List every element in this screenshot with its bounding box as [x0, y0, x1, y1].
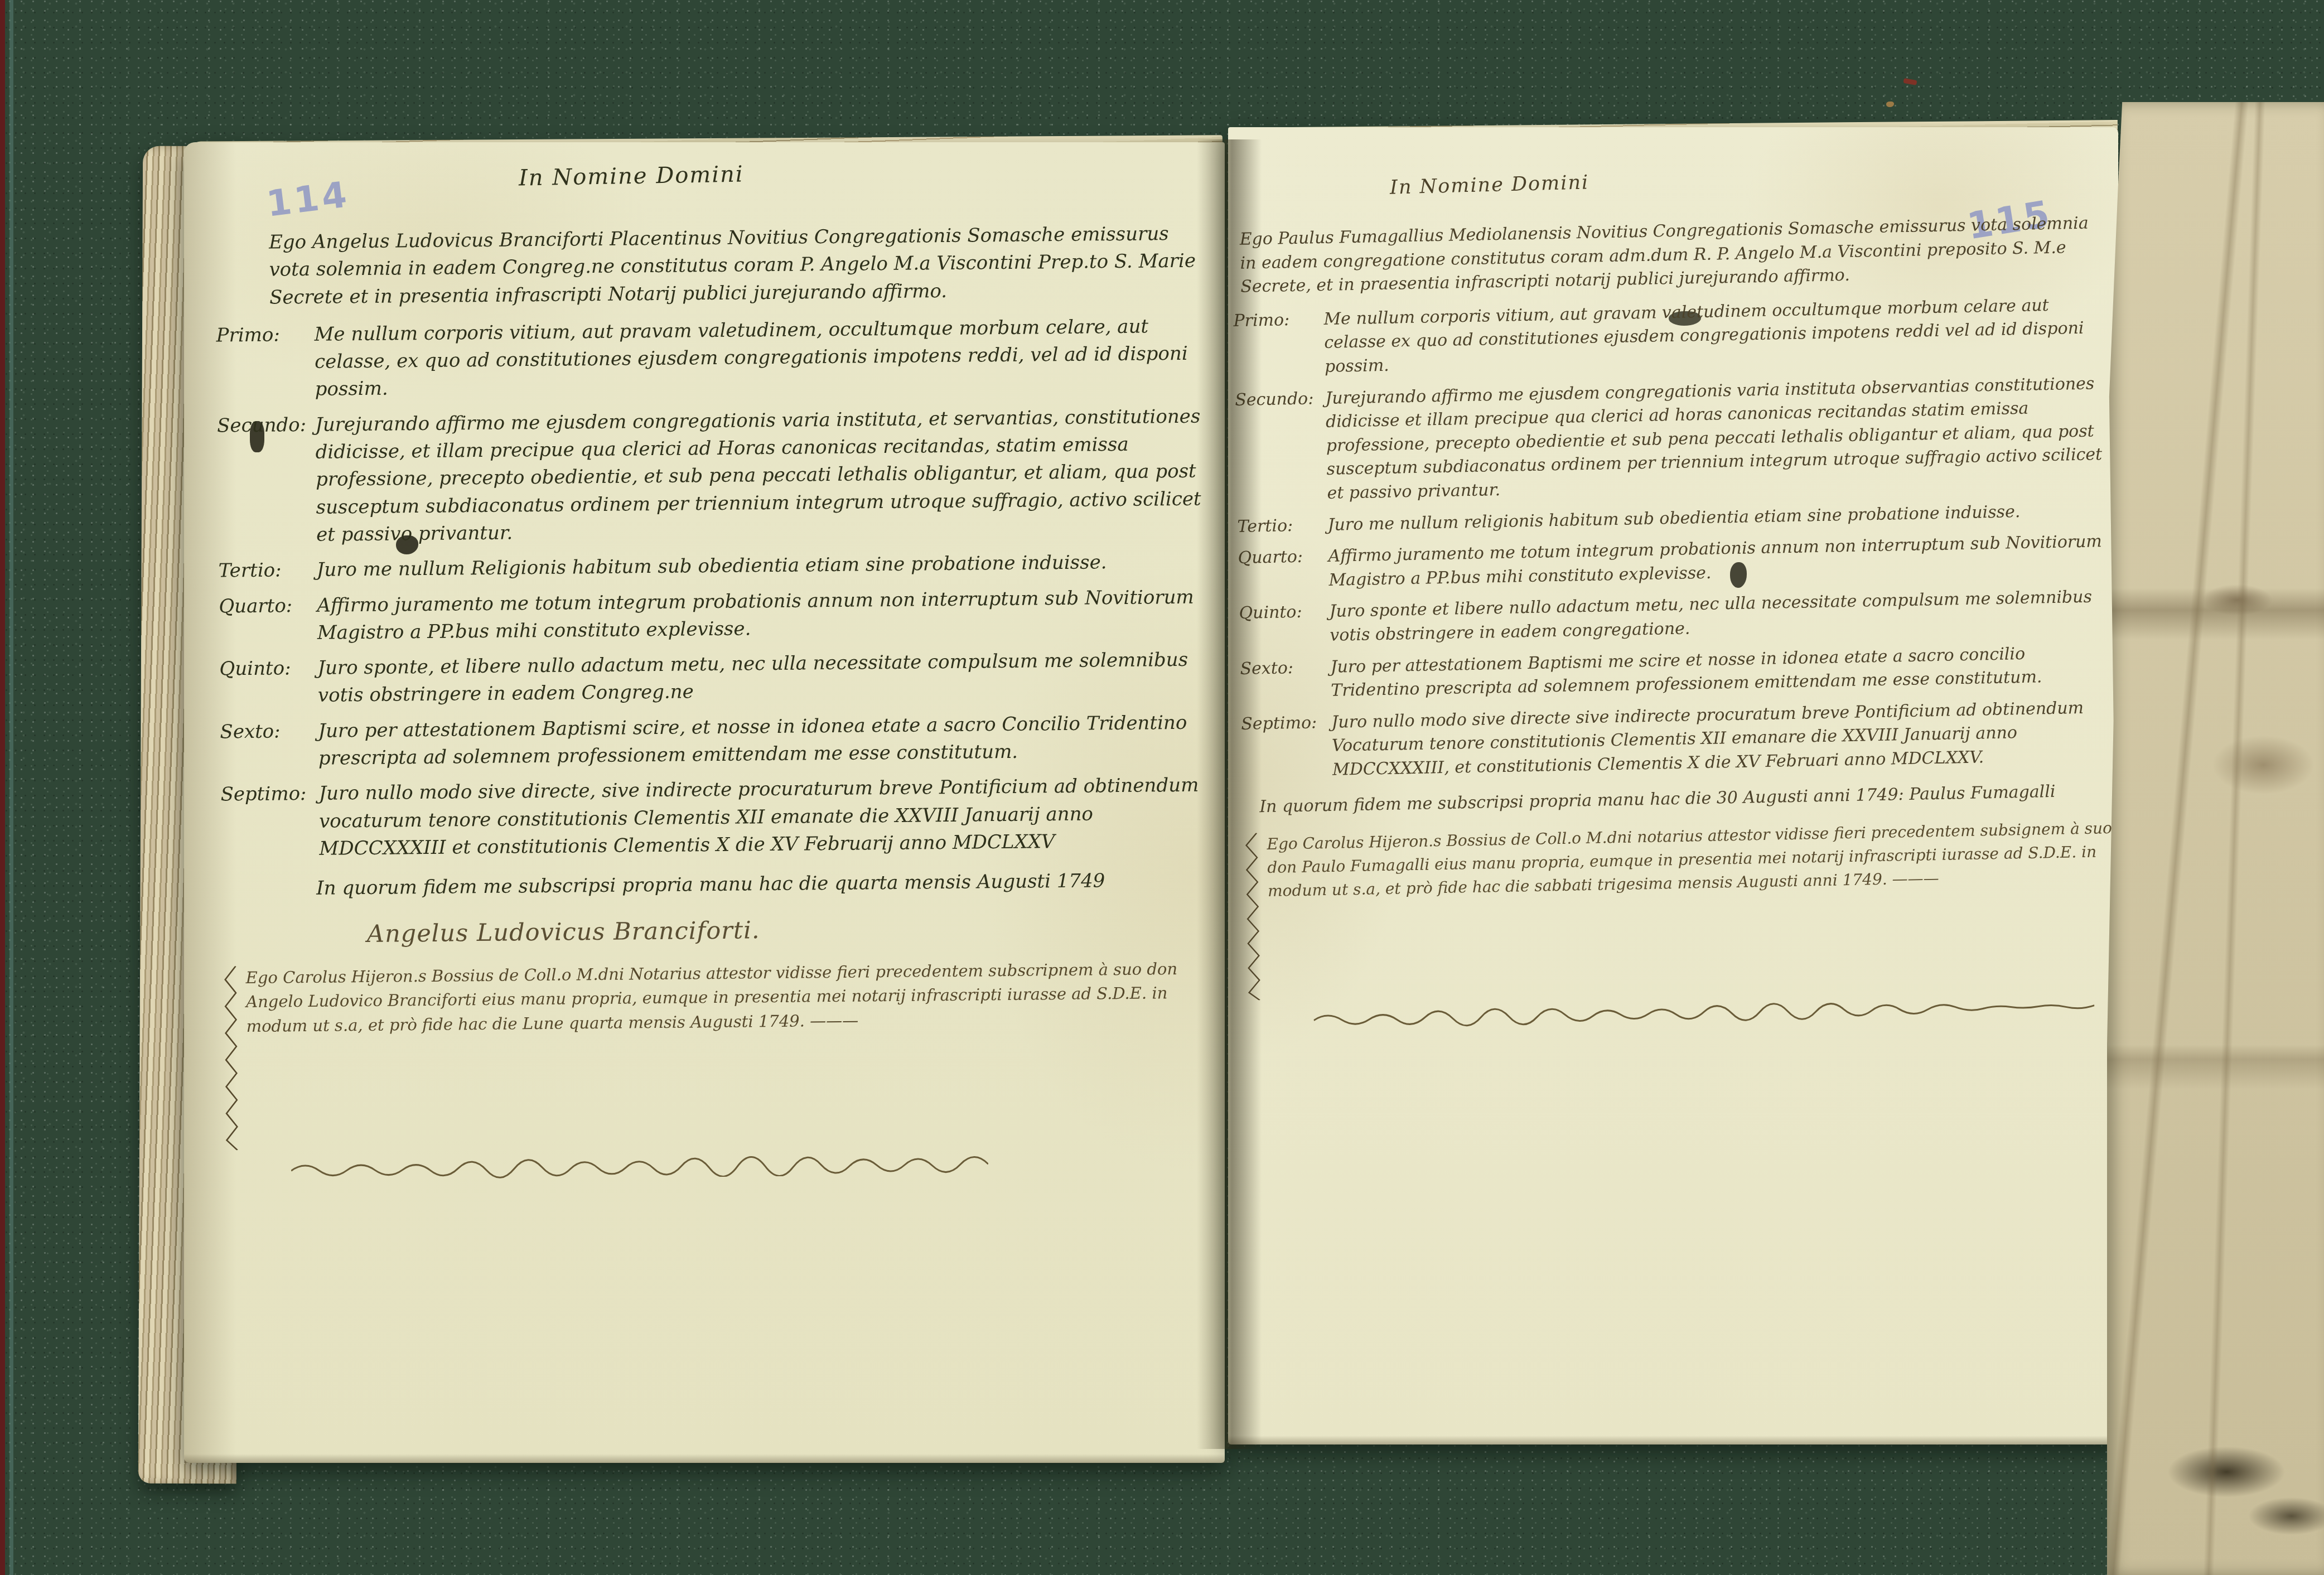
notary-text: Ego Carolus Hijeron.s Bossius de Coll.o … — [1267, 817, 2116, 1000]
oath-item-label: Quinto: — [219, 655, 310, 711]
oath-opening: Ego Angelus Ludovicus Branciforti Placen… — [269, 220, 1204, 312]
oath-item: Sexto: Juro per attestationem Baptismi s… — [220, 709, 1209, 774]
oath-item-text: Jurejurando affirmo me ejusdem congregat… — [315, 403, 1206, 549]
right-page-text: Ego Paulus Fumagallius Mediolanensis Nov… — [1231, 211, 2117, 1032]
oath-item: Sexto: Juro per attestationem Baptismi m… — [1240, 641, 2110, 705]
notary-brace-mark — [223, 966, 239, 1150]
left-page-text: Ego Angelus Ludovicus Branciforti Placen… — [215, 220, 1212, 1182]
oath-item: Septimo: Juro nullo modo sive directe, s… — [220, 772, 1209, 864]
oath-item-label: Secundo: — [217, 412, 308, 550]
flourish-line — [1313, 992, 2095, 1031]
novice-signature: Angelus Ludovicus Branciforti. — [367, 909, 1211, 951]
oath-item-text: Affirmo juramento me totum integrum prob… — [317, 583, 1207, 647]
oath-item: Secundo: Jurejurando affirmo me ejusdem … — [1235, 372, 2107, 508]
oath-item-label: Sexto: — [220, 718, 311, 774]
oath-closing: In quorum fidem me subscripsi propria ma… — [1259, 779, 2113, 819]
book-gutter-shadow — [1197, 139, 1262, 1449]
oath-item-text: Juro me nullum Religionis habitum sub ob… — [316, 548, 1206, 584]
paper-speck — [1886, 102, 1894, 107]
red-mark — [1903, 78, 1917, 85]
oath-closing: In quorum fidem me subscripsi propria ma… — [316, 867, 1210, 903]
notary-text: Ego Carolus Hijeron.s Bossius de Coll.o … — [246, 956, 1212, 1150]
oath-item: Quarto: Affirmo juramento me totum integ… — [1238, 530, 2108, 594]
oath-item-text: Juro per attestationem Baptismi me scire… — [1330, 641, 2110, 703]
oath-item-text: Juro sponte, et libere nullo adactum met… — [317, 646, 1208, 710]
photo-edge-line — [9, 0, 13, 1575]
oath-item-label: Quarto: — [219, 592, 310, 648]
oath-item-text: Affirmo juramento me totum integrum prob… — [1328, 530, 2108, 592]
oath-item-label: Septimo: — [220, 780, 311, 863]
left-page-header: In Nomine Domini — [519, 161, 744, 191]
right-page: 115 In Nomine Domini Ego Paulus Fumagall… — [1228, 127, 2118, 1444]
left-page-number: 114 — [264, 174, 352, 225]
oath-item-text: Juro sponte et libere nullo adactum metu… — [1329, 585, 2109, 648]
photo-edge-red-strip — [0, 0, 5, 1575]
oath-item: Quarto: Affirmo juramento me totum integ… — [219, 583, 1207, 648]
oath-item-text: Juro nullo modo sive directe, sive indir… — [318, 772, 1209, 863]
oath-item: Primo: Me nullum corporis vitium, aut gr… — [1233, 293, 2104, 381]
notary-attestation: Ego Carolus Hijeron.s Bossius de Coll.o … — [1243, 817, 2116, 1001]
left-page: 114 In Nomine Domini Ego Angelus Ludovic… — [184, 142, 1225, 1463]
right-page-header: In Nomine Domini — [1390, 171, 1589, 199]
parchment-cover-flap — [2107, 102, 2324, 1575]
oath-item-text: Juro me nullum religionis habitum sub ob… — [1327, 499, 2108, 537]
oath-item-text: Me nullum corporis vitium, aut gravam va… — [1323, 293, 2104, 379]
oath-item-label: Primo: — [216, 321, 307, 404]
oath-item-text: Jurejurando affirmo me ejusdem congregat… — [1325, 372, 2107, 506]
oath-item-label: Tertio: — [218, 557, 308, 585]
flourish-line — [291, 1151, 988, 1181]
oath-item-text: Juro per attestationem Baptismi scire, e… — [318, 709, 1209, 772]
oath-item: Tertio: Juro me nullum Religionis habitu… — [218, 548, 1206, 585]
oath-item: Quinto: Juro sponte, et libere nullo ada… — [219, 646, 1208, 711]
oath-item: Primo: Me nullum corporis vitium, aut pr… — [216, 312, 1205, 404]
oath-item-text: Juro nullo modo sive directe sive indire… — [1331, 696, 2112, 782]
oath-opening: Ego Paulus Fumagallius Mediolanensis Nov… — [1239, 211, 2103, 299]
oath-item-text: Me nullum corporis vitium, aut pravam va… — [314, 312, 1205, 403]
oath-item: Secundo: Jurejurando affirmo me ejusdem … — [217, 403, 1206, 549]
oath-item: Quinto: Juro sponte et libere nullo adac… — [1239, 585, 2109, 649]
notary-attestation: Ego Carolus Hijeron.s Bossius de Coll.o … — [223, 956, 1212, 1150]
oath-item: Septimo: Juro nullo modo sive directe si… — [1241, 696, 2112, 784]
